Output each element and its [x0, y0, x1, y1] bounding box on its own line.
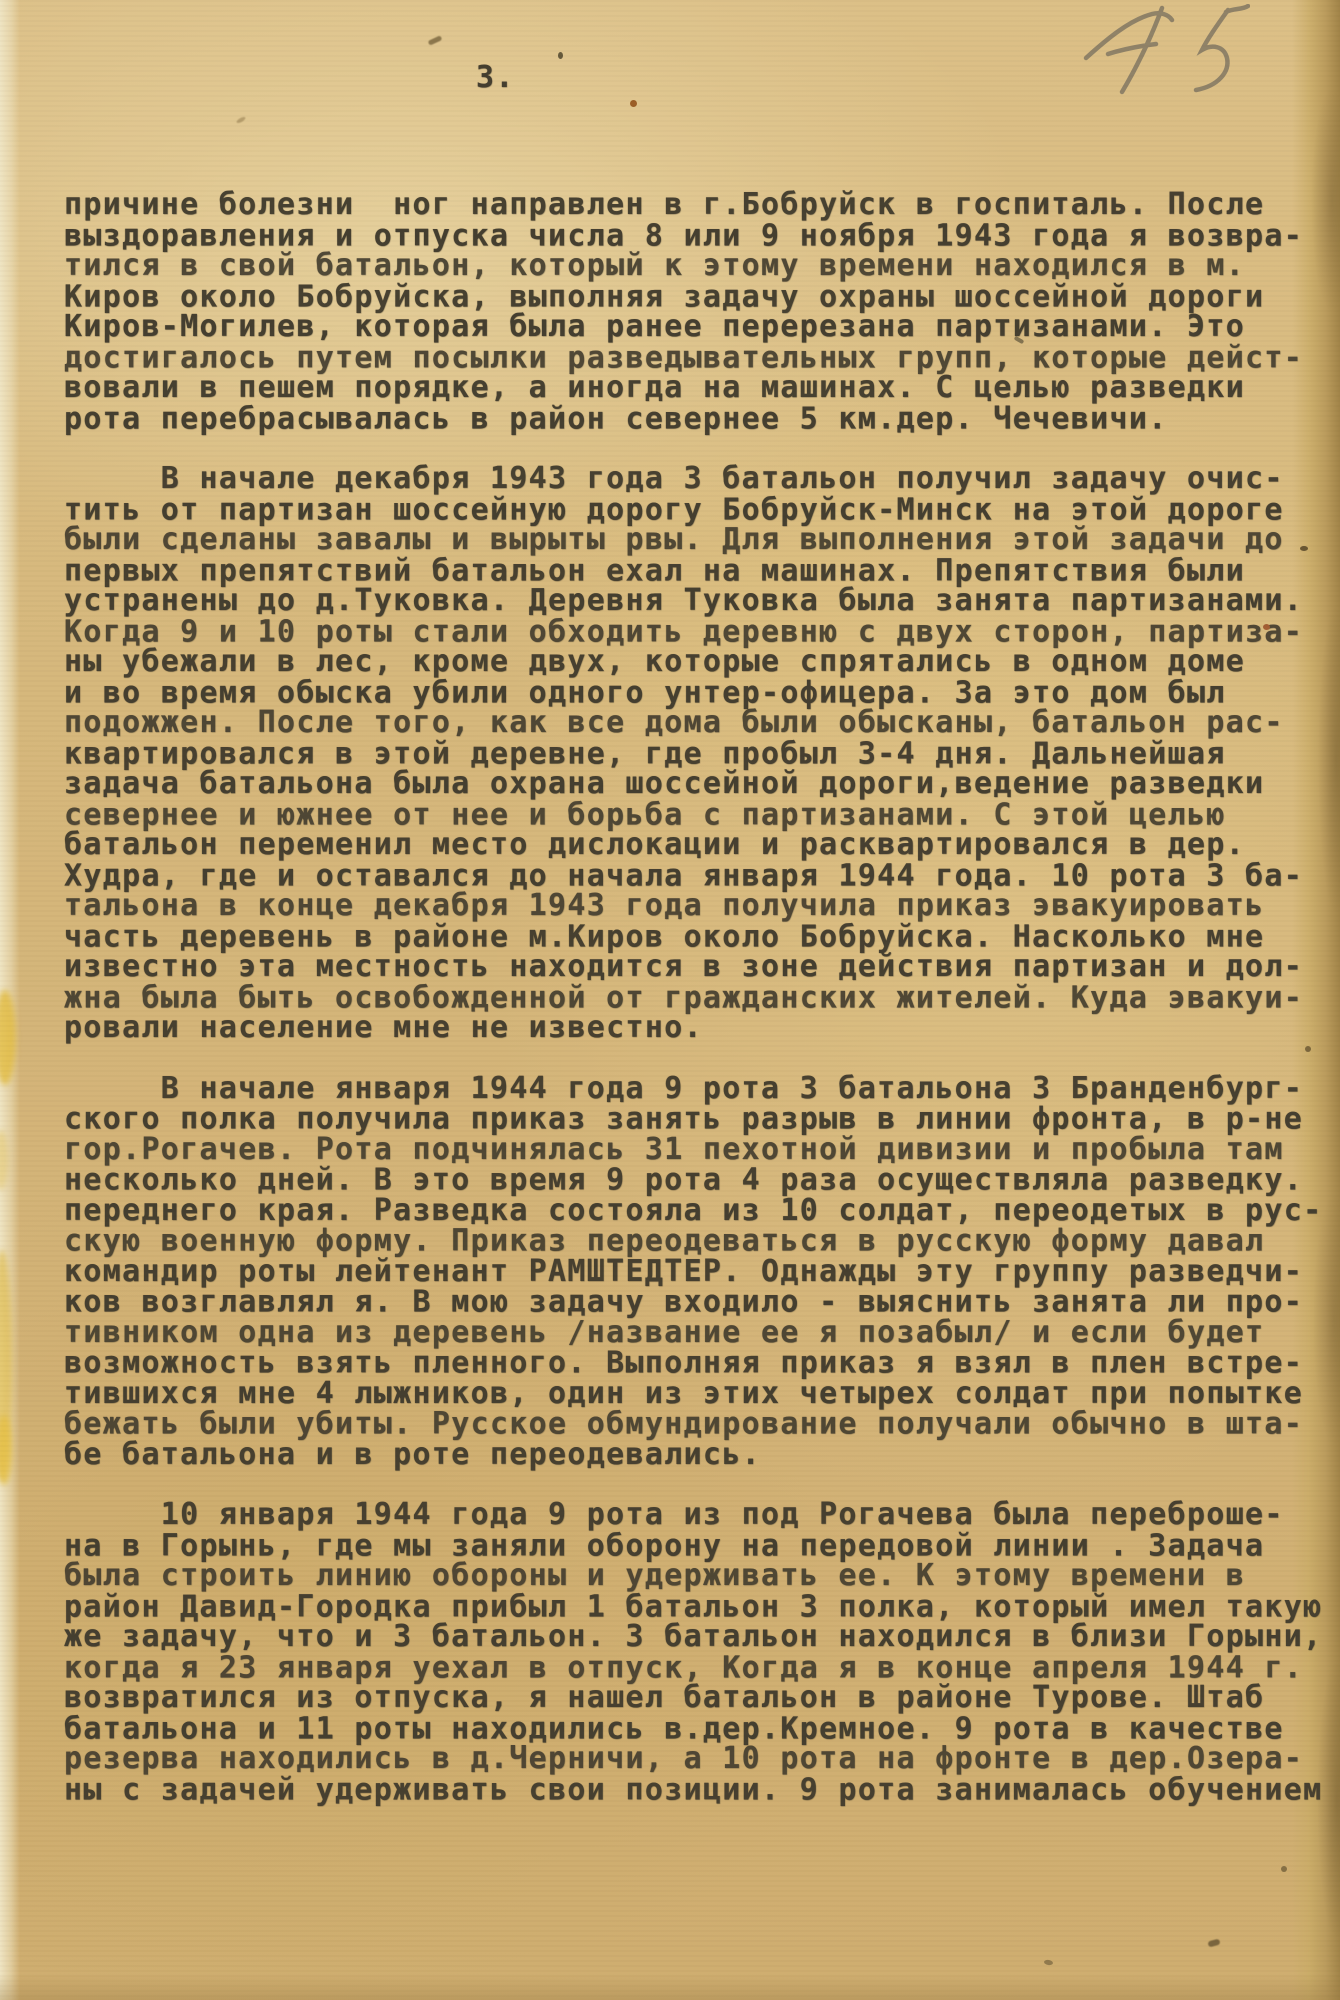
scan-speck	[630, 100, 637, 107]
text-line: 10 января 1944 года 9 рота из под Рогаче…	[64, 1500, 1334, 1531]
page-number: 3.	[476, 60, 515, 95]
paragraph: В начале декабря 1943 года 3 батальон по…	[64, 464, 1334, 1044]
text-line: и во время обыска убили одного унтер-офи…	[64, 678, 1334, 709]
text-line: В начале декабря 1943 года 3 батальон по…	[64, 464, 1334, 495]
scan-speck	[1300, 546, 1308, 551]
text-line: командир роты лейтенант РАМШТЕДТЕР. Одна…	[64, 1257, 1334, 1288]
paragraph: 10 января 1944 года 9 рота из под Рогаче…	[64, 1500, 1334, 1805]
text-line: достигалось путем посылки разведывательн…	[64, 343, 1334, 374]
text-line: тился в свой батальон, который к этому в…	[64, 251, 1334, 282]
text-line: когда я 23 января уехал в отпуск, Когда …	[64, 1653, 1334, 1684]
text-line: батальона и 11 роты находились в.дер.Кре…	[64, 1714, 1334, 1745]
text-line: Киров около Бобруйска, выполняя задачу о…	[64, 282, 1334, 313]
text-line: тить от партизан шоссейную дорогу Бобруй…	[64, 495, 1334, 526]
text-line: ков возглавлял я. В мою задачу входило -…	[64, 1288, 1334, 1319]
text-line: первых препятствий батальон ехал на маши…	[64, 556, 1334, 587]
scanned-document-page: { "document": { "page_number": "3.", "ha…	[0, 0, 1340, 2000]
text-line: причине болезни ног направлен в г.Бобруй…	[64, 190, 1334, 221]
text-line: часть деревень в районе м.Киров около Бо…	[64, 922, 1334, 953]
text-block: причине болезни ног направлен в г.Бобруй…	[64, 190, 1334, 1805]
scan-speck	[1305, 1046, 1311, 1052]
text-line: бежать были убиты. Русское обмундировани…	[64, 1410, 1334, 1441]
text-line: тальона в конце декабря 1943 года получи…	[64, 891, 1334, 922]
text-line: жна была быть освобожденной от гражданск…	[64, 983, 1334, 1014]
text-line: были сделаны завалы и вырыты рвы. Для вы…	[64, 525, 1334, 556]
paragraph: причине болезни ног направлен в г.Бобруй…	[64, 190, 1334, 434]
text-line: известно эта местность находится в зоне …	[64, 952, 1334, 983]
text-line: ского полка получила приказ занять разры…	[64, 1105, 1334, 1136]
text-line: возможность взять пленного. Выполняя при…	[64, 1349, 1334, 1380]
text-line: тившихся мне 4 лыжников, один из этих че…	[64, 1379, 1334, 1410]
text-line: резерва находились в д.Черничи, а 10 рот…	[64, 1744, 1334, 1775]
text-line: Киров-Могилев, которая была ранее перере…	[64, 312, 1334, 343]
text-line: возвратился из отпуска, я нашел батальон…	[64, 1683, 1334, 1714]
text-line: Когда 9 и 10 роты стали обходить деревню…	[64, 617, 1334, 648]
text-line: несколько дней. В это время 9 рота 4 раз…	[64, 1166, 1334, 1197]
text-line: тивником одна из деревень /название ее я…	[64, 1318, 1334, 1349]
text-line: на в Горынь, где мы заняли оборону на пе…	[64, 1531, 1334, 1562]
handwritten-page-number	[1080, 4, 1250, 96]
text-line: же задачу, что и 3 батальон. 3 батальон …	[64, 1622, 1334, 1653]
scan-speck	[558, 52, 563, 59]
text-line: ны убежали в лес, кроме двух, которые сп…	[64, 647, 1334, 678]
text-line: вовали в пешем порядке, а иногда на маши…	[64, 373, 1334, 404]
paragraph: В начале января 1944 года 9 рота 3 батал…	[64, 1074, 1334, 1471]
text-line: ны с задачей удерживать свои позиции. 9 …	[64, 1775, 1334, 1806]
text-line: задача батальона была охрана шоссейной д…	[64, 769, 1334, 800]
text-line: устранены до д.Туковка. Деревня Туковка …	[64, 586, 1334, 617]
text-line: рота перебрасывалась в район севернее 5 …	[64, 404, 1334, 435]
text-line: была строить линию обороны и удерживать …	[64, 1561, 1334, 1592]
text-line: севернее и южнее от нее и борьба с парти…	[64, 800, 1334, 831]
text-line: гор.Рогачев. Рота подчинялась 31 пехотно…	[64, 1135, 1334, 1166]
text-line: переднего края. Разведка состояла из 10 …	[64, 1196, 1334, 1227]
text-line: скую военную форму. Приказ переодеваться…	[64, 1227, 1334, 1258]
text-line: В начале января 1944 года 9 рота 3 батал…	[64, 1074, 1334, 1105]
text-line: ровали население мне не известно.	[64, 1013, 1334, 1044]
scan-speck	[1263, 624, 1270, 630]
scan-speck	[1281, 1866, 1287, 1872]
text-line: выздоравления и отпуска числа 8 или 9 но…	[64, 221, 1334, 252]
text-line: подожжен. После того, как все дома были …	[64, 708, 1334, 739]
page-bottom-edge	[0, 1974, 1340, 2000]
text-line: квартировался в этой деревне, где пробыл…	[64, 739, 1334, 770]
text-line: Худра, где и оставался до начала января …	[64, 861, 1334, 892]
text-line: батальон переменил место дислокации и ра…	[64, 830, 1334, 861]
text-line: район Давид-Городка прибыл 1 батальон 3 …	[64, 1592, 1334, 1623]
text-line: бе батальона и в роте переодевались.	[64, 1440, 1334, 1471]
